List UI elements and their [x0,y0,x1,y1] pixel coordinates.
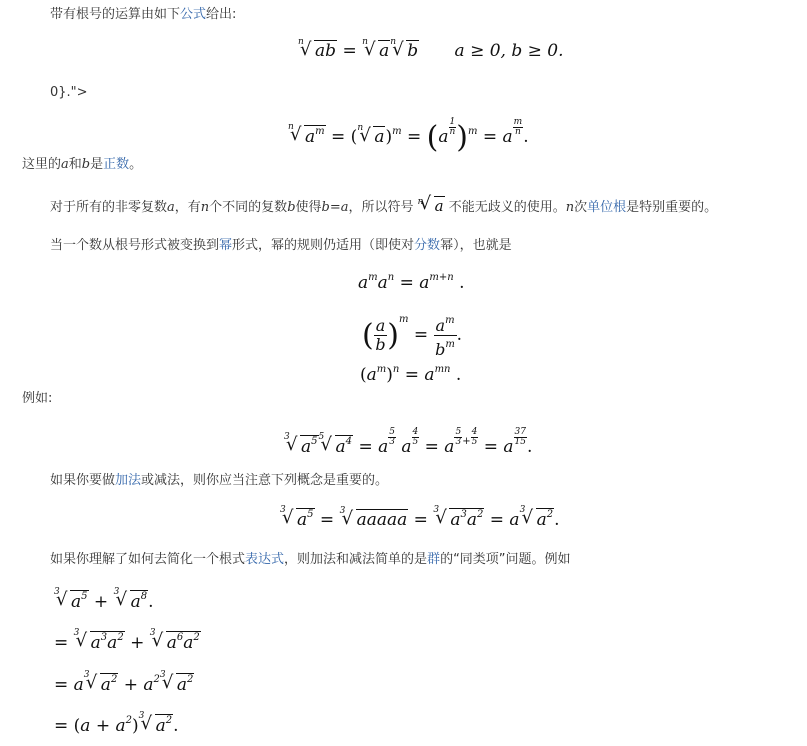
example-exponent-sum: 3√a55√a4 = a53 a45 = a53+45 = a3715. [284,428,532,457]
link-expression[interactable]: 表达式 [245,552,284,567]
condition: a ≥ 0, b ≥ 0. [455,41,564,61]
step-1: 3√a5 + 3√a8. [54,590,154,612]
step-2: = 3√a3a2 + 3√a6a2 [54,631,201,653]
equation-root-power: n√am = (n√a)m = (a1n)m = amn. [288,118,529,155]
paragraph-like-terms: 如果你理解了如何去简化一个根式表达式，则加法和减法简单的是群的“同类项”问题。例… [50,551,571,569]
link-fraction[interactable]: 分数 [414,238,440,253]
stray-text: 0}."> [50,84,88,102]
link-formula[interactable]: 公式 [180,7,206,22]
radical: n√b [390,40,419,61]
rule-quotient-power: (ab)m = ambm. [362,312,462,359]
link-power[interactable]: 幂 [219,238,232,253]
paragraph-intro: 带有根号的运算由如下公式给出: [50,6,236,24]
link-positive-number[interactable]: 正数 [103,157,129,172]
radical: n√a [362,40,390,61]
link-root-of-unity[interactable]: 单位根 [587,200,626,215]
rule-product-of-powers: aman = am+n . [358,272,465,293]
paragraph-example-label: 例如: [22,390,52,408]
link-group[interactable]: 群 [427,552,440,567]
paragraph-positive: 这里的a和b是正数。 [22,156,142,174]
rule-power-of-power: (am)n = amn . [360,364,461,385]
text: 给出: [206,7,236,22]
paragraph-complex: 对于所有的非零复数a，有n个不同的复数b使得b=a，所以符号 n√a 不能无歧义… [50,196,717,217]
text: 带有根号的运算由如下 [50,7,180,22]
paragraph-addition: 如果你要做加法或减法，则你应当注意下列概念是重要的。 [50,472,388,490]
equation-product-rule: n√ab = n√an√b a ≥ 0, b ≥ 0. [298,40,564,61]
step-3: = a3√a2 + a23√a2 [54,673,194,695]
link-addition[interactable]: 加法 [115,473,141,488]
paragraph-power-rules: 当一个数从根号形式被变换到幂形式，幂的规则仍适用（即使对分数幂），也就是 [50,237,512,255]
radical: n√ab [298,40,337,61]
example-simplify-root: 3√a5 = 3√aaaaa = 3√a3a2 = a3√a2. [280,508,559,530]
step-4: = (a + a2)3√a2. [54,714,179,736]
